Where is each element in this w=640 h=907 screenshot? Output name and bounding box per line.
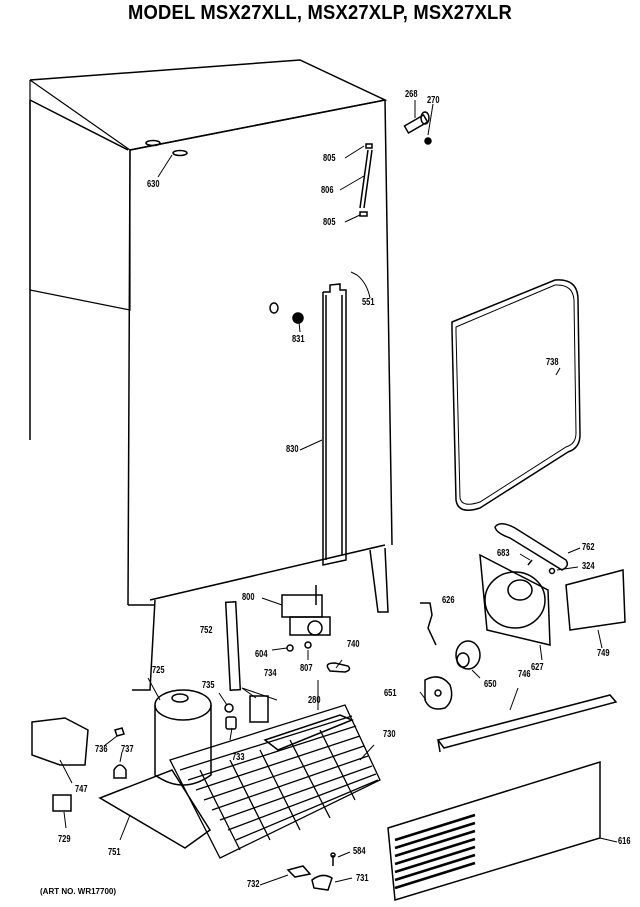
label-752: 752: [200, 626, 213, 636]
label-730: 730: [383, 730, 396, 740]
label-746: 746: [518, 670, 531, 680]
label-270: 270: [427, 96, 440, 106]
label-806: 806: [321, 186, 334, 196]
label-725: 725: [152, 666, 165, 676]
part-626-harness: [420, 603, 436, 645]
part-733: [226, 717, 236, 729]
parts-683-324: [520, 554, 578, 574]
small-parts-584-732-731: [260, 852, 352, 890]
label-805-top: 805: [323, 154, 336, 164]
label-651: 651: [384, 689, 397, 699]
label-762: 762: [582, 543, 595, 553]
part-729: [53, 795, 71, 811]
label-732: 732: [247, 880, 260, 890]
part-650-motor: [456, 641, 480, 669]
label-736: 736: [95, 745, 108, 755]
label-807: 807: [300, 664, 313, 674]
part-268-270: [404, 100, 433, 144]
label-735: 735: [202, 681, 215, 691]
label-800: 800: [242, 593, 255, 603]
part-751-base: [100, 770, 210, 848]
label-734: 734: [264, 669, 277, 679]
part-807: [305, 642, 311, 648]
label-751: 751: [108, 848, 121, 858]
label-626: 626: [442, 596, 455, 606]
part-747-cover: [32, 718, 88, 765]
exploded-parts-diagram: [0, 0, 640, 907]
label-268: 268: [405, 90, 418, 100]
part-831-grommet: [270, 303, 303, 332]
label-604: 604: [255, 650, 268, 660]
label-733: 733: [232, 753, 245, 763]
part-806-tube: [340, 144, 372, 222]
label-650: 650: [484, 680, 497, 690]
label-683: 683: [497, 549, 510, 559]
label-729: 729: [58, 835, 71, 845]
part-627-fan-shroud: [480, 555, 550, 660]
part-800-water-valve: [262, 585, 330, 635]
label-740: 740: [347, 640, 360, 650]
label-749: 749: [597, 649, 610, 659]
label-731: 731: [356, 874, 369, 884]
part-752-bracket: [226, 602, 241, 690]
label-831: 831: [292, 335, 305, 345]
label-805-bottom: 805: [323, 218, 336, 228]
part-746-duct: [438, 695, 616, 752]
label-737: 737: [121, 745, 134, 755]
part-830-channel: [300, 272, 370, 565]
refrigerator-cabinet: [30, 60, 392, 690]
label-616: 616: [618, 837, 631, 847]
part-749-panel: [566, 570, 625, 648]
part-735: [225, 704, 233, 712]
part-736: [115, 728, 124, 736]
part-604: [287, 645, 293, 651]
part-616-grille: [388, 762, 617, 900]
label-324: 324: [582, 562, 595, 572]
part-651-fan-blade: [425, 677, 452, 709]
part-738-gasket: [452, 280, 580, 510]
part-762-hose: [495, 524, 580, 570]
label-830: 830: [286, 445, 299, 455]
part-734-relay: [250, 696, 268, 722]
label-747: 747: [75, 785, 88, 795]
label-627: 627: [531, 663, 544, 673]
label-280: 280: [308, 696, 321, 706]
part-725-compressor: [155, 690, 211, 785]
part-737: [114, 765, 126, 778]
label-584: 584: [353, 847, 366, 857]
part-730-condenser: [170, 705, 380, 858]
label-738: 738: [546, 358, 559, 368]
label-630: 630: [147, 180, 160, 190]
art-number: (ART NO. WR17700): [40, 887, 116, 896]
label-551: 551: [362, 298, 375, 308]
part-630-clips: [146, 141, 187, 178]
